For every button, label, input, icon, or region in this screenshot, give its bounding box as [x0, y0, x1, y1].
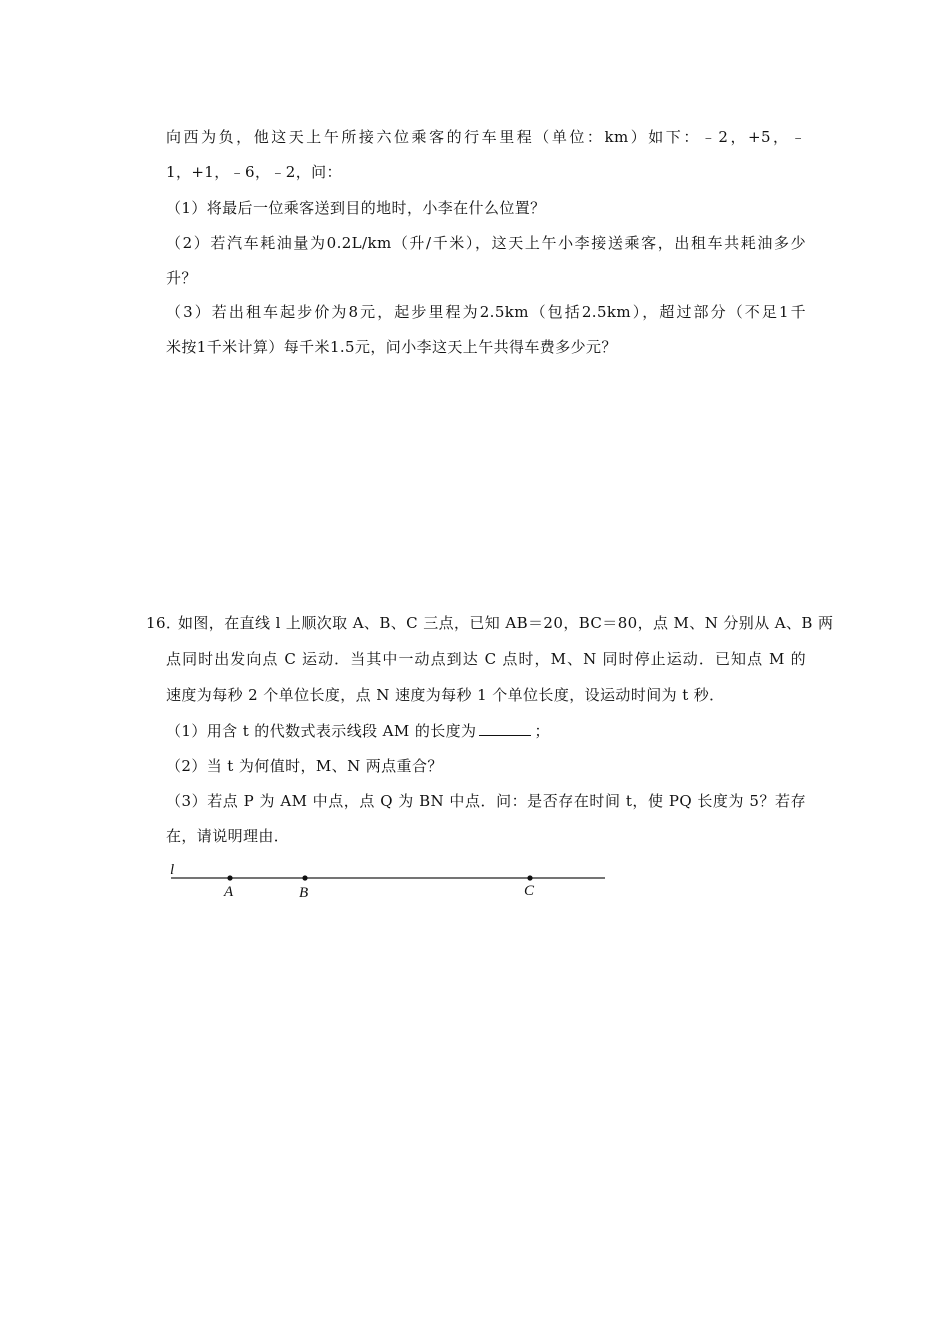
point-a-label: A — [223, 884, 234, 900]
point-c-dot — [527, 875, 532, 880]
number-line-figure: l A B C — [0, 0, 950, 1344]
point-c-label: C — [524, 883, 535, 899]
point-a-dot — [227, 875, 232, 880]
point-b-dot — [302, 875, 307, 880]
line-label-l: l — [170, 862, 174, 878]
point-b-label: B — [299, 885, 308, 901]
